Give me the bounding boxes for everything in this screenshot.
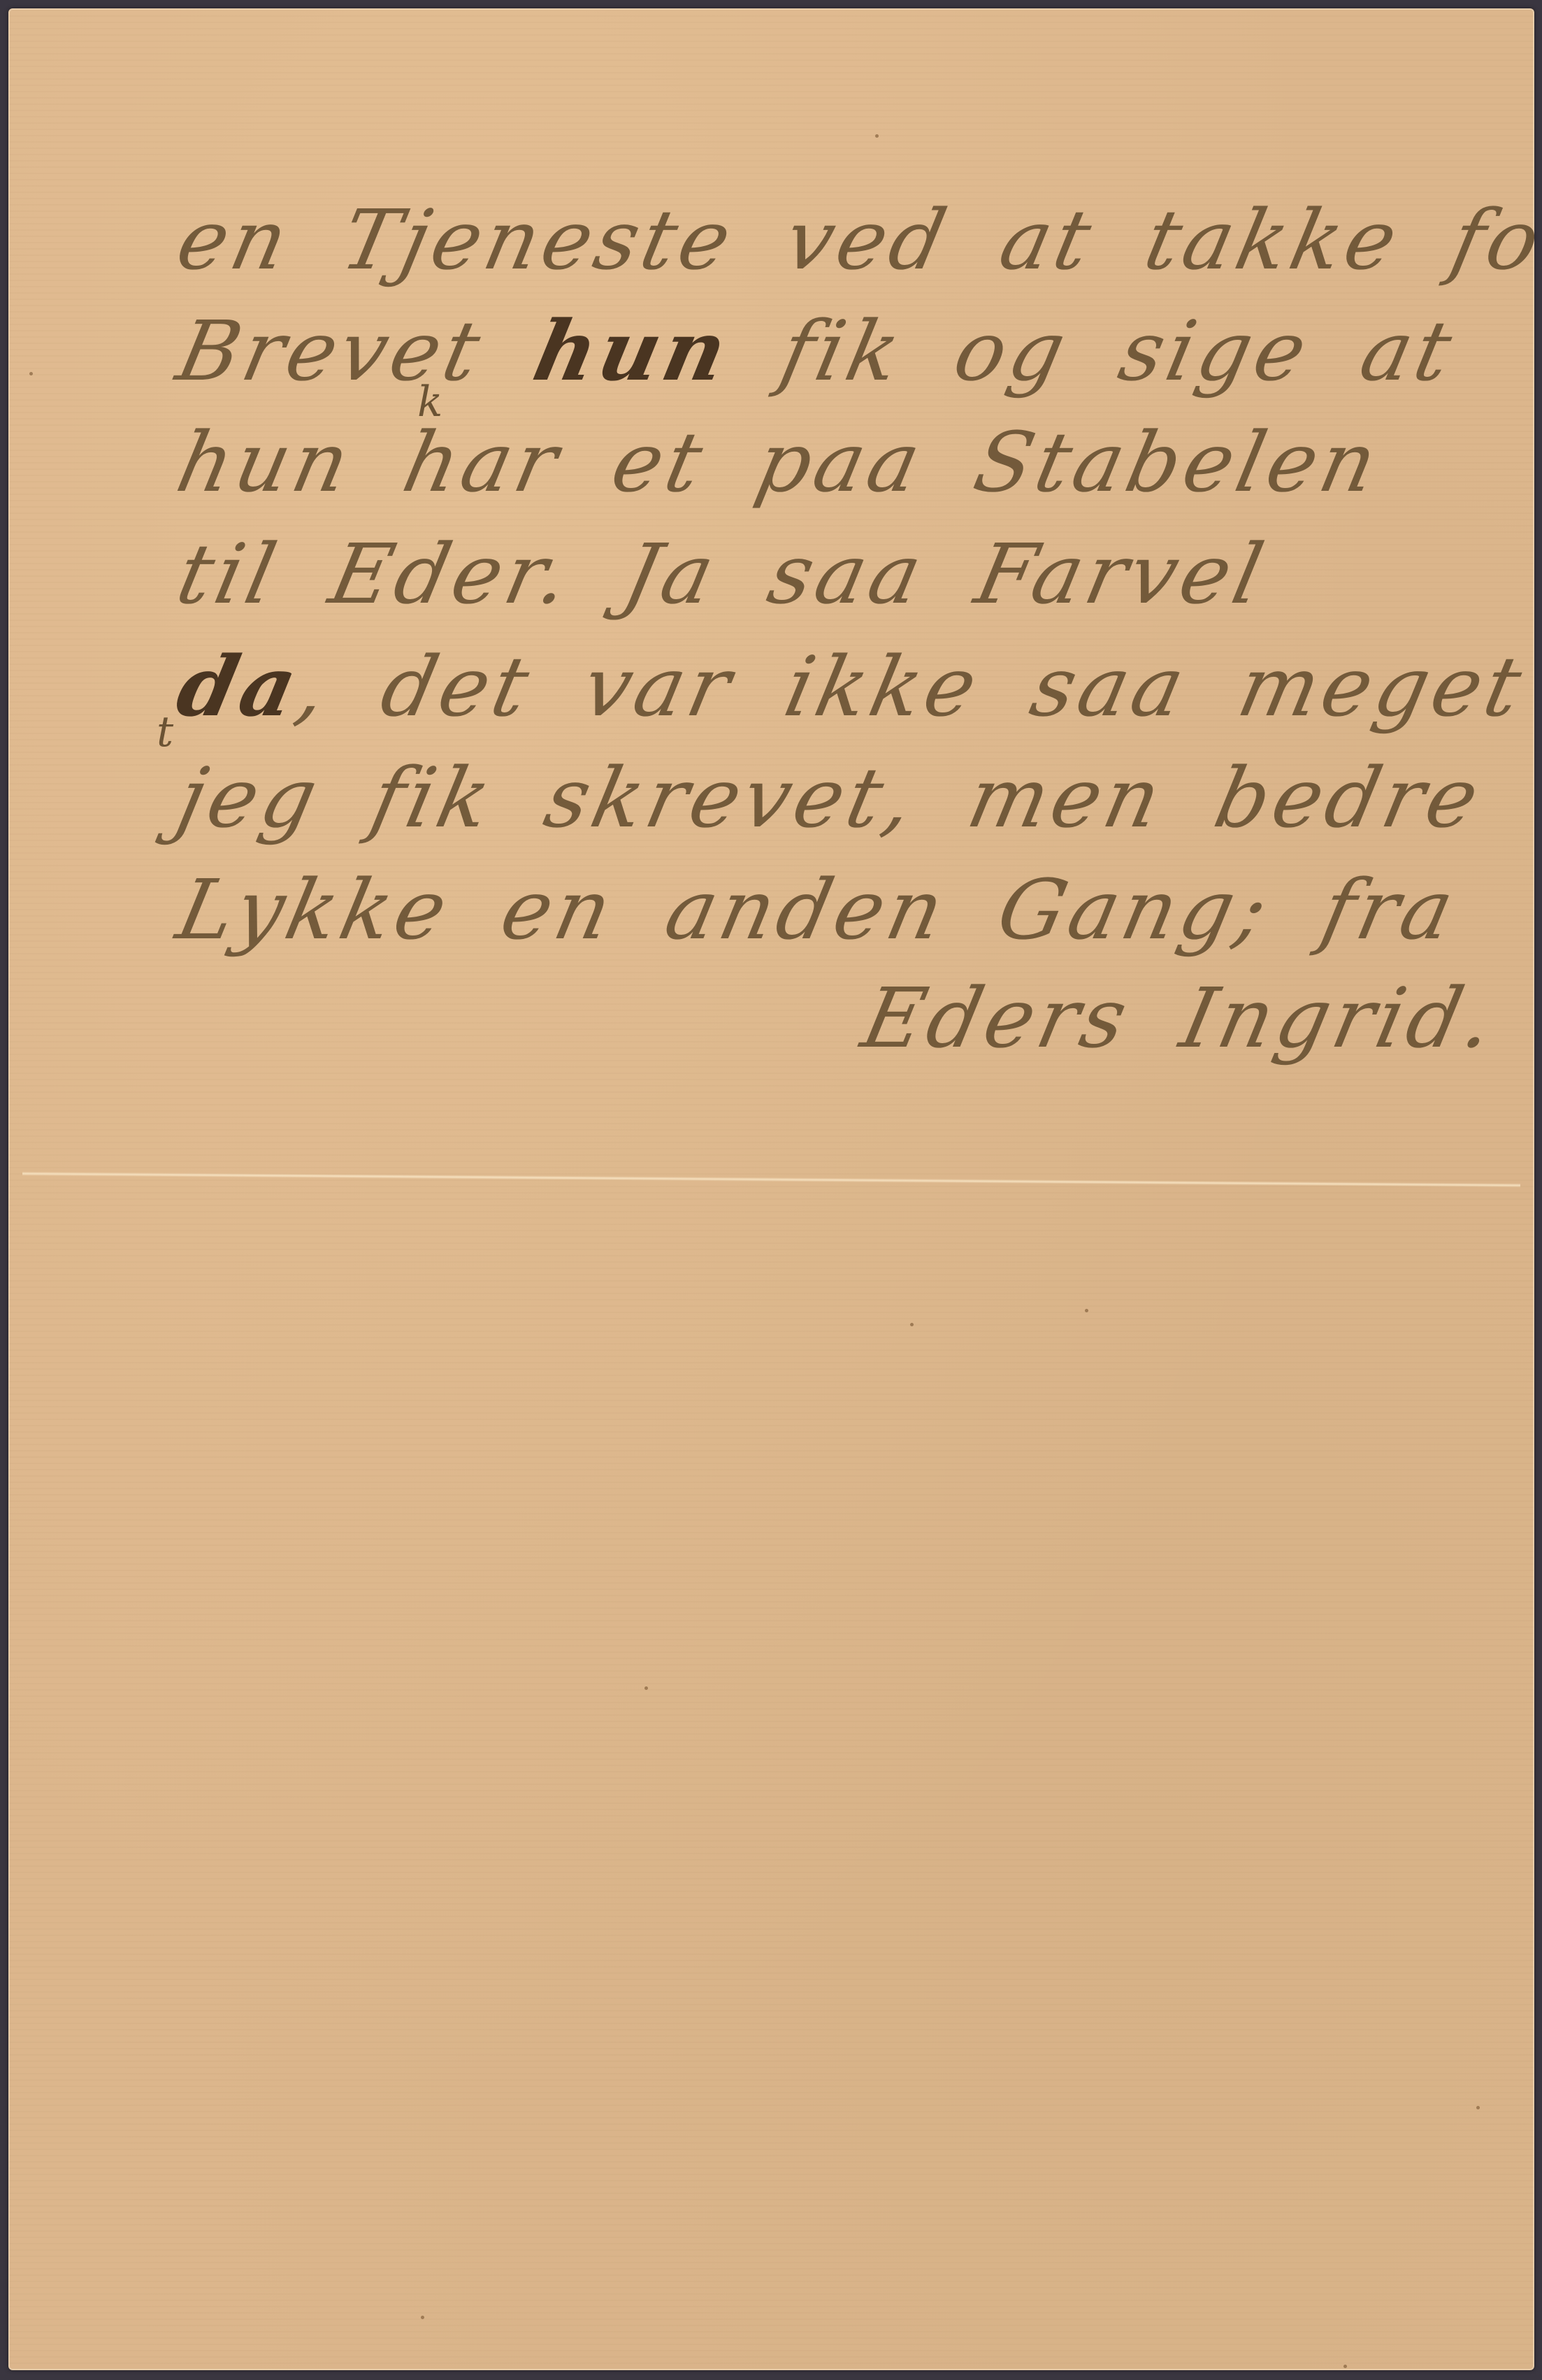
paper-speck	[875, 134, 879, 138]
letter-paper: en Tjeneste ved at takke for Brevet hun …	[8, 8, 1534, 2370]
paper-speck	[910, 1323, 914, 1326]
text-line-2: Brevet hun fik og sige at	[169, 302, 1464, 399]
paper-speck	[421, 2316, 424, 2319]
paper-speck	[1085, 1309, 1088, 1312]
text-line-7: Lykke en anden Gang; fra	[169, 861, 1466, 958]
handwritten-text: en Tjeneste ved at takke for Brevet hun …	[8, 8, 1534, 2370]
insertion-mark: t	[157, 708, 173, 757]
paper-speck	[1343, 2365, 1347, 2368]
text-line-3: hun har et paa Stabelen	[169, 414, 1389, 510]
text-line-5: da, det var ikke saa meget	[169, 638, 1534, 735]
text-line-4: til Eder. Ja saa Farvel	[169, 526, 1276, 622]
paper-speck	[644, 1686, 648, 1690]
signature: Eders Ingrid.	[854, 970, 1506, 1066]
text-line-1: en Tjeneste ved at takke for	[169, 192, 1542, 288]
text-line-6: jeg fik skrevet, men bedre	[169, 750, 1491, 846]
paper-speck	[29, 372, 33, 375]
overwritten-word: hun	[526, 302, 739, 399]
overwritten-word: da	[169, 638, 310, 735]
paper-speck	[1476, 2106, 1480, 2109]
